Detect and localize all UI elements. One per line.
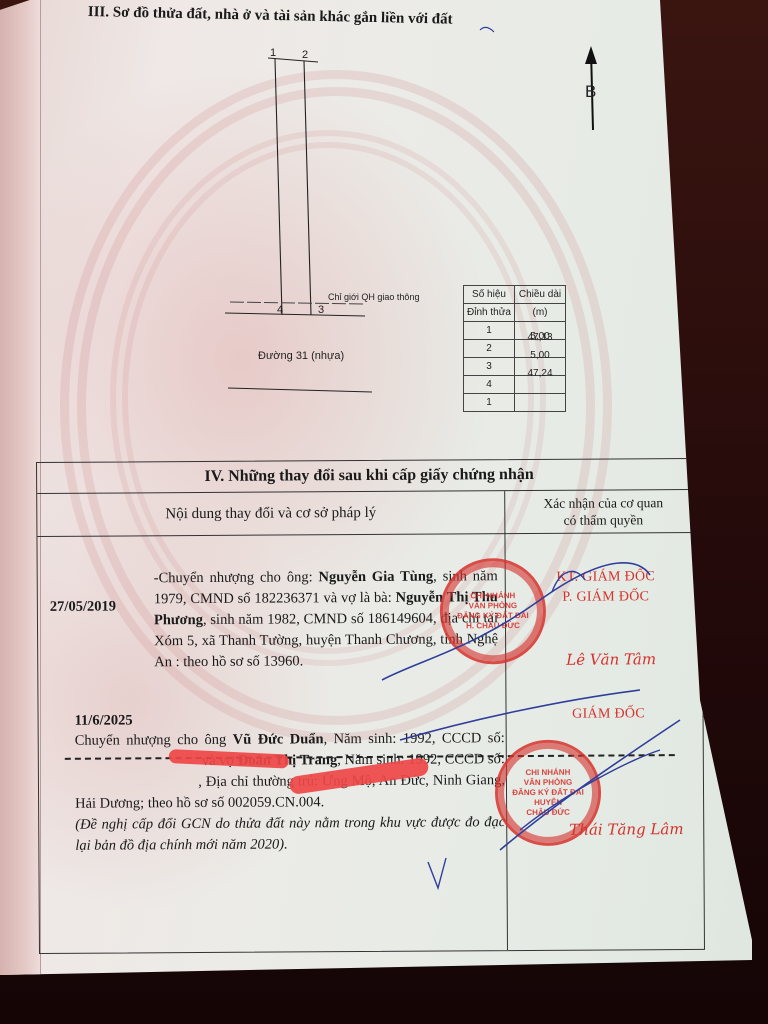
vertex-label-3: 3: [318, 304, 324, 316]
vertex-cell: 1: [464, 322, 515, 340]
road-label: Đường 31 (nhựa): [258, 350, 344, 362]
signer-role: GIÁM ĐỐC: [538, 703, 678, 725]
header-vertex: Số hiệu: [464, 286, 515, 304]
entry-note: (Đề nghị cấp đổi GCN do thửa đất này nằm…: [75, 814, 505, 854]
vertex-label-4: 4: [277, 304, 283, 316]
boundary-label: Chỉ giới QH giao thông: [328, 292, 419, 302]
vertex-label-1: 1: [270, 47, 276, 59]
plot-diagram: 1 2 3 4 Chỉ giới QH giao thông Đường 31 …: [0, 0, 768, 460]
land-certificate-page: III. Sơ đồ thửa đất, nhà ở và tài sản kh…: [0, 0, 768, 1024]
official-seal: CHI NHÁNH VĂN PHÒNG ĐĂNG KÝ ĐẤT ĐAI H. C…: [440, 558, 547, 665]
north-arrow-icon: B: [585, 82, 596, 102]
section-4-title: IV. Những thay đổi sau khi cấp giấy chứn…: [37, 459, 701, 494]
entry-date: 11/6/2025: [75, 710, 133, 731]
header-vertex-2: Đỉnh thửa: [464, 304, 515, 322]
official-seal: CHI NHÁNH VĂN PHÒNG ĐĂNG KÝ ĐẤT ĐAI HUYỆ…: [495, 740, 602, 847]
signer-role: KT. GIÁM ĐỐCP. GIÁM ĐỐC: [536, 567, 676, 608]
vertex-cell: 2: [464, 340, 515, 358]
changes-table-header: Nội dung thay đổi và cơ sở pháp lý Xác n…: [37, 490, 701, 537]
changes-table: IV. Những thay đổi sau khi cấp giấy chứn…: [36, 458, 705, 954]
vertex-cell: 1: [464, 394, 515, 412]
entry-date: 27/05/2019: [50, 597, 116, 618]
redacted-id-2: ████████████: [75, 774, 198, 791]
vertex-cell: 3: [464, 358, 515, 376]
entry-text: Chuyển nhượng cho ông Vũ Đức Duẩn, Năm s…: [75, 728, 506, 857]
signer-name: Lê Văn Tâm: [566, 649, 656, 671]
length-cell: 5,00: [515, 350, 566, 368]
column-content-header: Nội dung thay đổi và cơ sở pháp lý: [37, 491, 505, 536]
length-cell: 47,24: [515, 368, 566, 386]
column-confirm-header: Xác nhận của cơ quancó thẩm quyền: [505, 490, 701, 533]
header-length-2: (m): [515, 304, 566, 322]
length-cell: 47,13: [515, 332, 566, 350]
header-length: Chiều dài: [515, 286, 566, 304]
vertex-length-table: Số hiệu Chiều dài Đỉnh thửa (m) 1 2 5,00…: [463, 285, 566, 412]
vertex-label-2: 2: [302, 49, 308, 61]
vertex-cell: 4: [464, 376, 515, 394]
plot-lines: [0, 0, 768, 460]
